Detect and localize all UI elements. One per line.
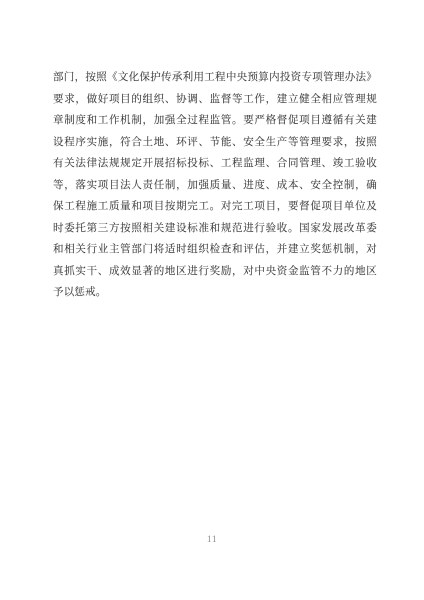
text-line: 时委托第三方按照相关建设标准和规范进行验收。国家发展改革委 <box>53 218 377 240</box>
text-line: 有关法律法规规定开展招标投标、工程监理、合同管理、竣工验收 <box>53 153 377 175</box>
body-paragraph: 部门，按照《文化保护传承利用工程中央预算内投资专项管理办法》 要求，做好项目的组… <box>53 67 377 304</box>
text-line: 保工程施工质量和项目按期完工。对完工项目，要督促项目单位及 <box>53 196 377 218</box>
text-line: 部门，按照《文化保护传承利用工程中央预算内投资专项管理办法》 <box>53 67 377 89</box>
document-page: 部门，按照《文化保护传承利用工程中央预算内投资专项管理办法》 要求，做好项目的组… <box>0 0 424 600</box>
page-number: 11 <box>0 535 424 545</box>
text-line: 章制度和工作机制，加强全过程监管。要严格督促项目遵循有关建 <box>53 110 377 132</box>
text-line: 予以惩戒。 <box>53 282 377 304</box>
text-line: 要求，做好项目的组织、协调、监督等工作，建立健全相应管理规 <box>53 89 377 111</box>
text-line: 设程序实施，符合土地、环评、节能、安全生产等管理要求，按照 <box>53 132 377 154</box>
text-line: 和相关行业主管部门将适时组织检查和评估，并建立奖惩机制，对 <box>53 239 377 261</box>
text-line: 真抓实干、成效显著的地区进行奖励，对中央资金监管不力的地区 <box>53 261 377 283</box>
text-line: 等，落实项目法人责任制，加强质量、进度、成本、安全控制，确 <box>53 175 377 197</box>
